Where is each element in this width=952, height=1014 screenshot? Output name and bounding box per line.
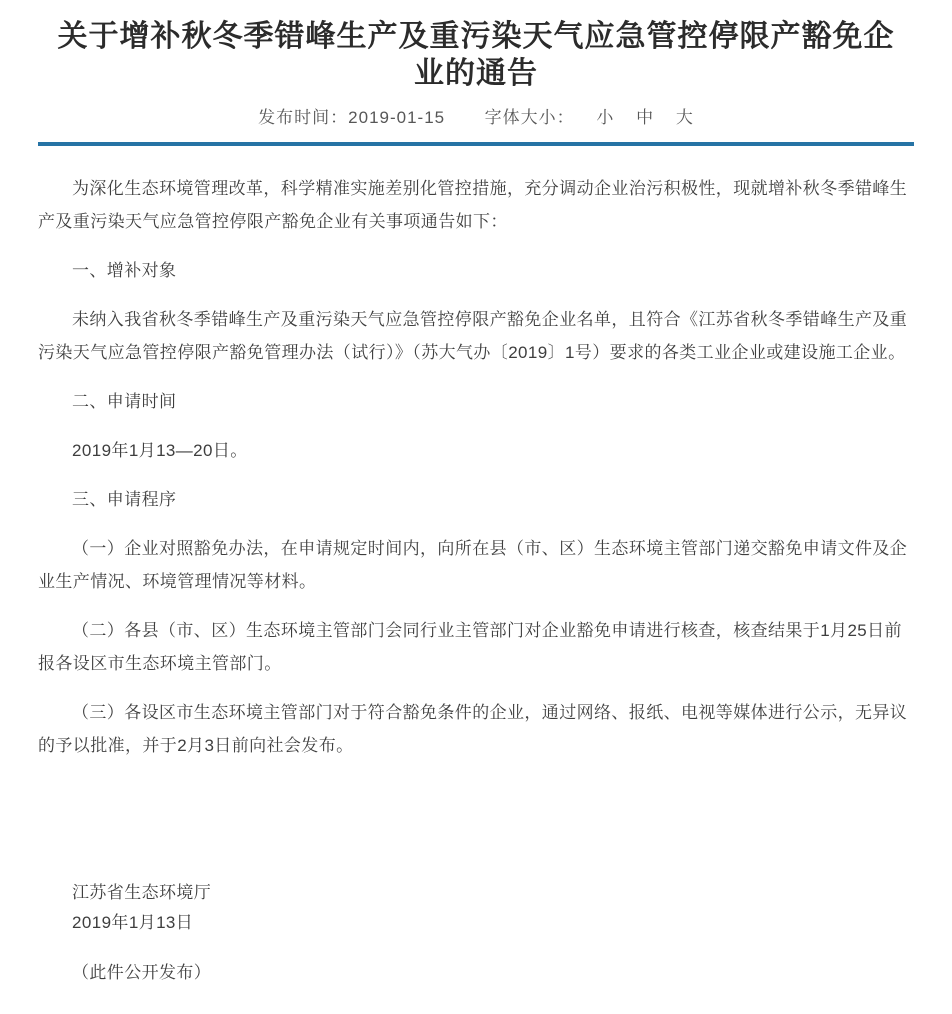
paragraph-scope: 未纳入我省秋冬季错峰生产及重污染天气应急管控停限产豁免企业名单，且符合《江苏省秋… <box>38 303 914 369</box>
notice-page: 关于增补秋冬季错峰生产及重污染天气应急管控停限产豁免企业的通告 发布时间：201… <box>0 18 952 989</box>
article-meta: 发布时间：2019-01-15 字体大小： 小 中 大 <box>38 103 914 128</box>
signature-spacer <box>38 778 914 878</box>
section-heading-3: 三、申请程序 <box>38 483 914 516</box>
paragraph-step-3: （三）各设区市生态环境主管部门对于符合豁免条件的企业，通过网络、报纸、电视等媒体… <box>38 696 914 762</box>
page-title: 关于增补秋冬季错峰生产及重污染天气应急管控停限产豁免企业的通告 <box>50 18 902 92</box>
signature-agency: 江苏省生态环境厅 <box>38 878 914 908</box>
paragraph-step-2: （二）各县（市、区）生态环境主管部门会同行业主管部门对企业豁免申请进行核查，核查… <box>38 614 914 680</box>
font-size-label: 字体大小： <box>485 108 575 127</box>
publication-note: （此件公开发布） <box>38 956 914 989</box>
font-size-small-link[interactable]: 小 <box>596 108 614 127</box>
signature-date: 2019年1月13日 <box>38 908 914 938</box>
section-heading-1: 一、增补对象 <box>38 254 914 287</box>
font-size-large-link[interactable]: 大 <box>676 108 694 127</box>
publish-time-label: 发布时间： <box>258 108 348 127</box>
publish-date: 2019-01-15 <box>348 108 445 127</box>
article-body: 为深化生态环境管理改革，科学精准实施差别化管控措施，充分调动企业治污积极性，现就… <box>38 146 914 989</box>
paragraph-intro: 为深化生态环境管理改革，科学精准实施差别化管控措施，充分调动企业治污积极性，现就… <box>38 172 914 238</box>
paragraph-apply-time: 2019年1月13—20日。 <box>38 434 914 467</box>
paragraph-step-1: （一）企业对照豁免办法，在申请规定时间内，向所在县（市、区）生态环境主管部门递交… <box>38 532 914 598</box>
section-heading-2: 二、申请时间 <box>38 385 914 418</box>
font-size-medium-link[interactable]: 中 <box>636 108 654 127</box>
